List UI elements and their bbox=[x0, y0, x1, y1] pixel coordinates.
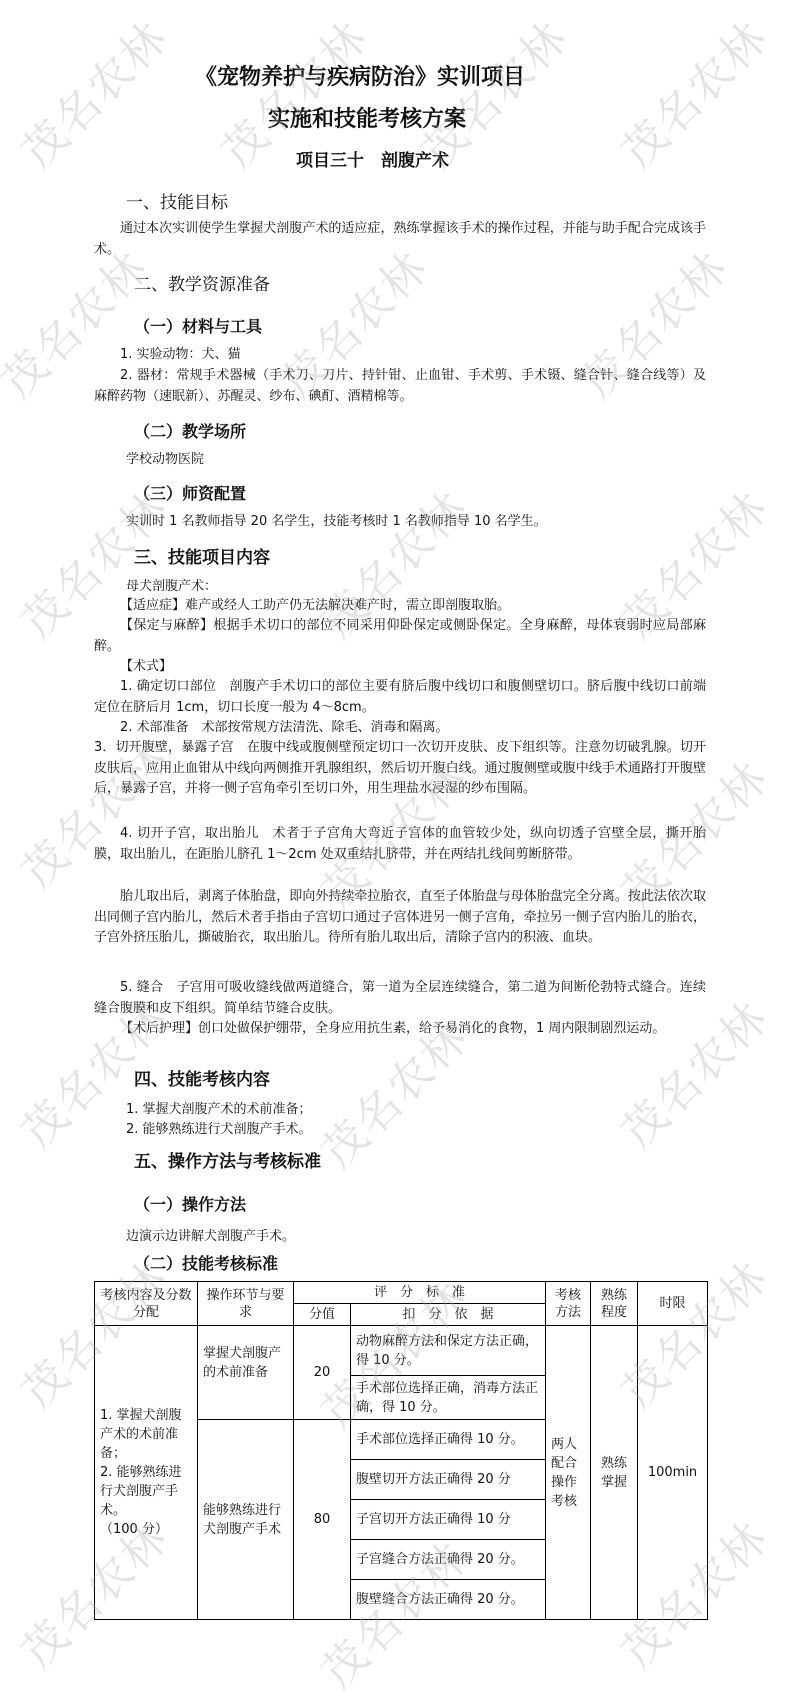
indication: 【适应症】难产或经人工助产仍无法解决难产时，需立即剖腹取胎。 bbox=[120, 596, 510, 616]
teacher-config: 实训时 1 名教师指导 20 名学生，技能考核时 1 名教师指导 10 名学生。 bbox=[126, 512, 547, 532]
section-2-sub3-heading: （三）师资配置 bbox=[134, 481, 246, 504]
basis-cell: 腹壁切开方法正确得 20 分 bbox=[351, 1460, 546, 1500]
basis-cell: 手术部位选择正确得 10 分。 bbox=[351, 1420, 546, 1460]
section-1-body: 通过本次实训使学生掌握犬剖腹产术的适应症，熟练掌握该手术的操作过程，并能与助手配… bbox=[94, 219, 706, 260]
header-criteria: 评 分 标 准 bbox=[294, 1282, 546, 1304]
step-4-continued: 胎儿取出后，剥离子体胎盘，即向外持续牵拉胎衣，直至子体胎盘与母体胎盘完全分离。按… bbox=[94, 887, 706, 949]
step-5: 5. 缝合 子宫用可吸收缝线做两道缝合，第一道为全层连续缝合，第二道为间断伦勃特… bbox=[94, 978, 706, 1019]
time-limit-cell: 100min bbox=[638, 1326, 708, 1620]
section-5-sub2-heading: （二）技能考核标准 bbox=[134, 1251, 278, 1274]
basis-cell: 手术部位选择正确，消毒方法正确，得 10 分。 bbox=[351, 1376, 546, 1420]
score-cell-2: 80 bbox=[294, 1420, 351, 1620]
step-cell-1: 掌握犬剖腹产的术前准备 bbox=[198, 1326, 294, 1420]
proficiency-cell: 熟练掌握 bbox=[591, 1326, 638, 1620]
basis-cell: 动物麻醉方法和保定方法正确，得 10 分。 bbox=[351, 1326, 546, 1376]
basis-cell: 腹壁缝合方法正确得 20 分。 bbox=[351, 1580, 546, 1620]
section-1-heading: 一、技能目标 bbox=[126, 188, 228, 213]
section-2-sub1-heading: （一）材料与工具 bbox=[134, 314, 262, 337]
header-proficiency: 熟练程度 bbox=[591, 1282, 638, 1326]
header-method: 考核方法 bbox=[546, 1282, 591, 1326]
assessment-item-1: 1. 掌握犬剖腹产术的术前准备； bbox=[126, 1100, 312, 1120]
section-5-heading: 五、操作方法与考核标准 bbox=[134, 1147, 321, 1172]
step-1: 1. 确定切口部位 剖腹产手术切口的部位主要有脐后腹中线切口和腹侧壁切口。脐后腹… bbox=[94, 677, 706, 718]
document-page: 《宠物养护与疾病防治》实训项目 实施和技能考核方案 项目三十 剖腹产术 一、技能… bbox=[0, 0, 793, 1707]
restraint-anesthesia: 【保定与麻醉】根据手术切口的部位不同采用仰卧保定或侧卧保定。全身麻醉，母体衰弱时… bbox=[94, 616, 706, 657]
method-cell: 两人配合操作考核 bbox=[546, 1326, 591, 1620]
content-cell: 1. 掌握犬剖腹产术的术前准备； 2. 能够熟练进行犬剖腹产手术。 （100 分… bbox=[95, 1326, 198, 1620]
header-step: 操作环节与要求 bbox=[198, 1282, 294, 1326]
section-4-heading: 四、技能考核内容 bbox=[134, 1065, 270, 1090]
header-time: 时限 bbox=[638, 1282, 708, 1326]
section-2-sub2-heading: （二）教学场所 bbox=[134, 419, 246, 442]
project-title: 项目三十 剖腹产术 bbox=[296, 146, 449, 171]
document-subtitle: 实施和技能考核方案 bbox=[268, 102, 466, 133]
materials-item-2: 2. 器材：常规手术器械（手术刀、刀片、持针钳、止血钳、手术剪、手术镊、缝合针、… bbox=[94, 366, 706, 407]
step-2: 2. 术部准备 术部按常规方法清洗、除毛、消毒和隔离。 bbox=[94, 718, 706, 739]
header-basis: 扣 分 依 据 bbox=[351, 1304, 546, 1326]
assessment-standard-table: 考核内容及分数分配 操作环节与要求 评 分 标 准 考核方法 熟练程度 时限 分… bbox=[94, 1281, 708, 1620]
section-5-sub1-heading: （一）操作方法 bbox=[134, 1192, 246, 1215]
basis-cell: 子宫缝合方法正确得 20 分。 bbox=[351, 1540, 546, 1580]
header-content: 考核内容及分数分配 bbox=[95, 1282, 198, 1326]
step-cell-2: 能够熟练进行犬剖腹产手术 bbox=[198, 1420, 294, 1620]
basis-cell: 子宫切开方法正确得 10 分 bbox=[351, 1500, 546, 1540]
step-3: 3．切开腹壁，暴露子宫 在腹中线或腹侧壁预定切口一次切开皮肤、皮下组织等。注意勿… bbox=[94, 738, 706, 800]
operation-method: 边演示边讲解犬剖腹产手术。 bbox=[126, 1227, 295, 1247]
postop-care: 【术后护理】创口处做保护绷带，全身应用抗生素，给予易消化的食物，1 周内限制剧烈… bbox=[94, 1019, 706, 1040]
materials-item-1: 1. 实验动物：犬、猫 bbox=[94, 345, 706, 366]
section-3-heading: 三、技能项目内容 bbox=[134, 543, 270, 568]
section-2-heading: 二、教学资源准备 bbox=[134, 270, 270, 295]
procedure-intro: 母犬剖腹产术： bbox=[126, 577, 217, 597]
assessment-item-2: 2. 能够熟练进行犬剖腹产手术。 bbox=[126, 1120, 312, 1140]
header-score: 分值 bbox=[294, 1304, 351, 1326]
teaching-venue: 学校动物医院 bbox=[126, 450, 204, 470]
procedure-label: 【术式】 bbox=[120, 657, 172, 677]
score-cell-1: 20 bbox=[294, 1326, 351, 1420]
step-4: 4. 切开子宫，取出胎儿 术者于子宫角大弯近子宫体的血管较少处，纵向切透子宫壁全… bbox=[94, 824, 706, 865]
document-title: 《宠物养护与疾病防治》实训项目 bbox=[195, 60, 525, 91]
